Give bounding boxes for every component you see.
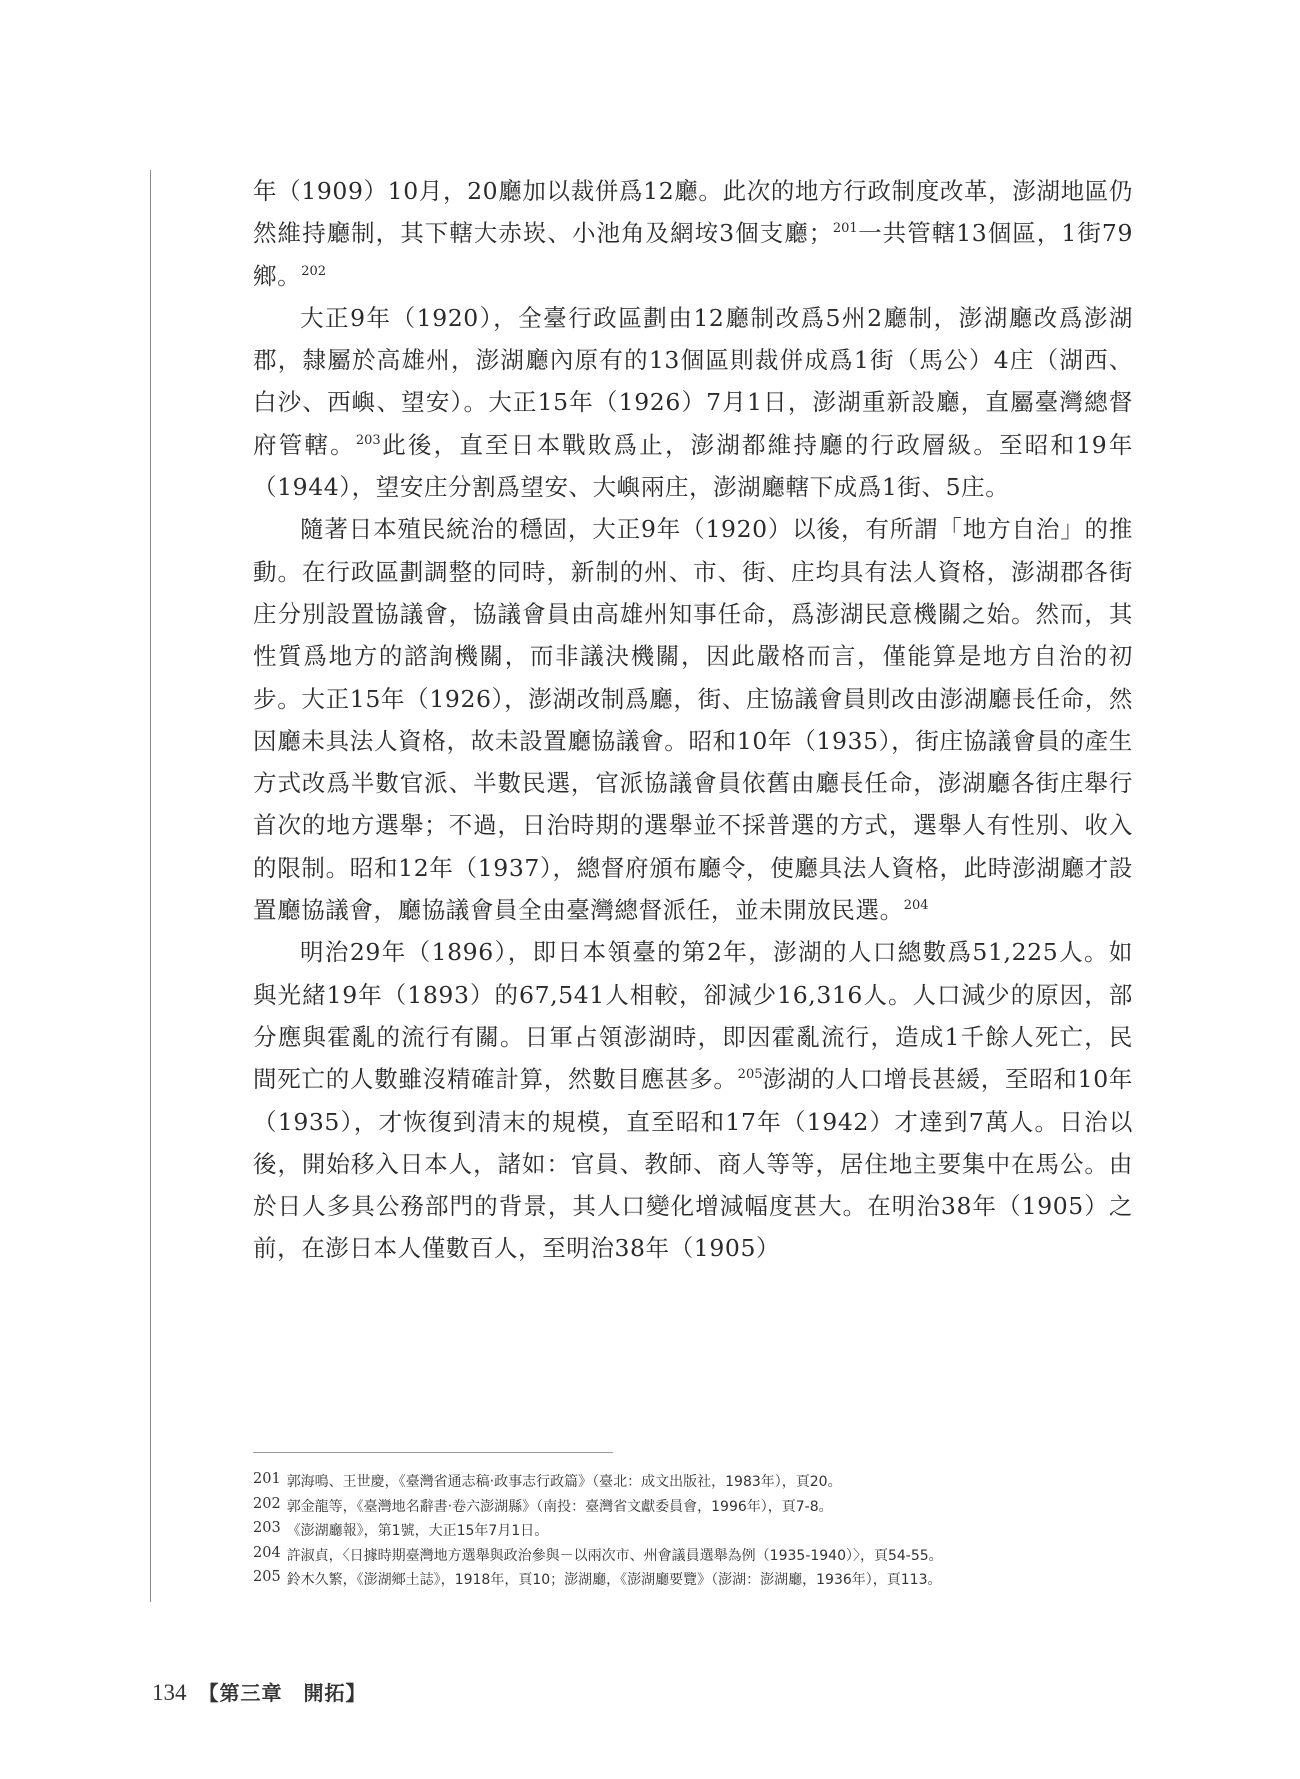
paragraph-text: 澎湖的人口增長甚緩，至昭和10年（1935），才恢復到清末的規模，直至昭和17年… xyxy=(253,1065,1133,1262)
footnote-ref[interactable]: 204 xyxy=(904,898,929,913)
footnote-202: 202郭金龍等，《臺灣地名辭書‧卷六澎湖縣》（南投：臺灣省文獻委員會，1996年… xyxy=(253,1495,1153,1520)
page-number: 134 xyxy=(152,1680,187,1705)
paragraph: 明治29年（1896），即日本領臺的第2年，澎湖的人口總數爲51,225人。如與… xyxy=(253,931,1133,1269)
footnote-ref[interactable]: 202 xyxy=(301,264,326,279)
footnote-text: 郭海鳴、王世慶，《臺灣省通志稿‧政事志行政篇》（臺北：成文出版社，1983年），… xyxy=(287,1474,842,1490)
paragraph: 年（1909）10月，20廳加以裁併爲12廳。此次的地方行政制度改革，澎湖地區仍… xyxy=(253,170,1133,297)
footnote-number: 202 xyxy=(253,1496,281,1512)
body-text: 年（1909）10月，20廳加以裁併爲12廳。此次的地方行政制度改革，澎湖地區仍… xyxy=(253,170,1133,1270)
footnote-divider xyxy=(253,1452,613,1453)
footnote-text: 郭金龍等，《臺灣地名辭書‧卷六澎湖縣》（南投：臺灣省文獻委員會，1996年），頁… xyxy=(287,1499,833,1515)
paragraph: 大正9年（1920），全臺行政區劃由12廳制改爲5州2廳制，澎湖廳改爲澎湖郡，隸… xyxy=(253,297,1133,508)
footnote-203: 203《澎湖廳報》，第1號，大正15年7月1日。 xyxy=(253,1519,1153,1544)
footnote-204: 204許淑貞，〈日據時期臺灣地方選舉與政治參與－以兩次市、州會議員選舉為例（19… xyxy=(253,1544,1153,1569)
footnote-205: 205鈴木久繁，《澎湖鄉土誌》，1918年，頁10；澎湖廳，《澎湖廳要覽》（澎湖… xyxy=(253,1568,1153,1593)
paragraph: 隨著日本殖民統治的穩固，大正9年（1920）以後，有所謂「地方自治」的推動。在行… xyxy=(253,508,1133,931)
paragraph-text: 此後，直至日本戰敗爲止，澎湖都維持廳的行政層級。至昭和19年（1944），望安庄… xyxy=(253,431,1133,501)
footnote-ref[interactable]: 201 xyxy=(833,221,858,236)
paragraph-text: 隨著日本殖民統治的穩固，大正9年（1920）以後，有所謂「地方自治」的推動。在行… xyxy=(253,515,1133,924)
page-footer: 134【第三章 開拓】 xyxy=(152,1677,367,1706)
footnote-ref[interactable]: 205 xyxy=(738,1067,763,1082)
footnote-201: 201郭海鳴、王世慶，《臺灣省通志稿‧政事志行政篇》（臺北：成文出版社，1983… xyxy=(253,1470,1153,1495)
footnotes: 201郭海鳴、王世慶，《臺灣省通志稿‧政事志行政篇》（臺北：成文出版社，1983… xyxy=(253,1470,1153,1593)
footnote-ref[interactable]: 203 xyxy=(356,433,381,448)
footnote-text: 許淑貞，〈日據時期臺灣地方選舉與政治參與－以兩次市、州會議員選舉為例（1935-… xyxy=(287,1548,943,1564)
chapter-label: 【第三章 開拓】 xyxy=(199,1681,367,1705)
margin-rule xyxy=(150,170,151,1602)
footnote-number: 203 xyxy=(253,1520,281,1536)
footnote-number: 205 xyxy=(253,1569,281,1585)
footnote-text: 鈴木久繁，《澎湖鄉土誌》，1918年，頁10；澎湖廳，《澎湖廳要覽》（澎湖：澎湖… xyxy=(287,1572,942,1588)
footnote-number: 204 xyxy=(253,1545,281,1561)
footnote-text: 《澎湖廳報》，第1號，大正15年7月1日。 xyxy=(287,1523,549,1539)
footnote-number: 201 xyxy=(253,1471,281,1487)
